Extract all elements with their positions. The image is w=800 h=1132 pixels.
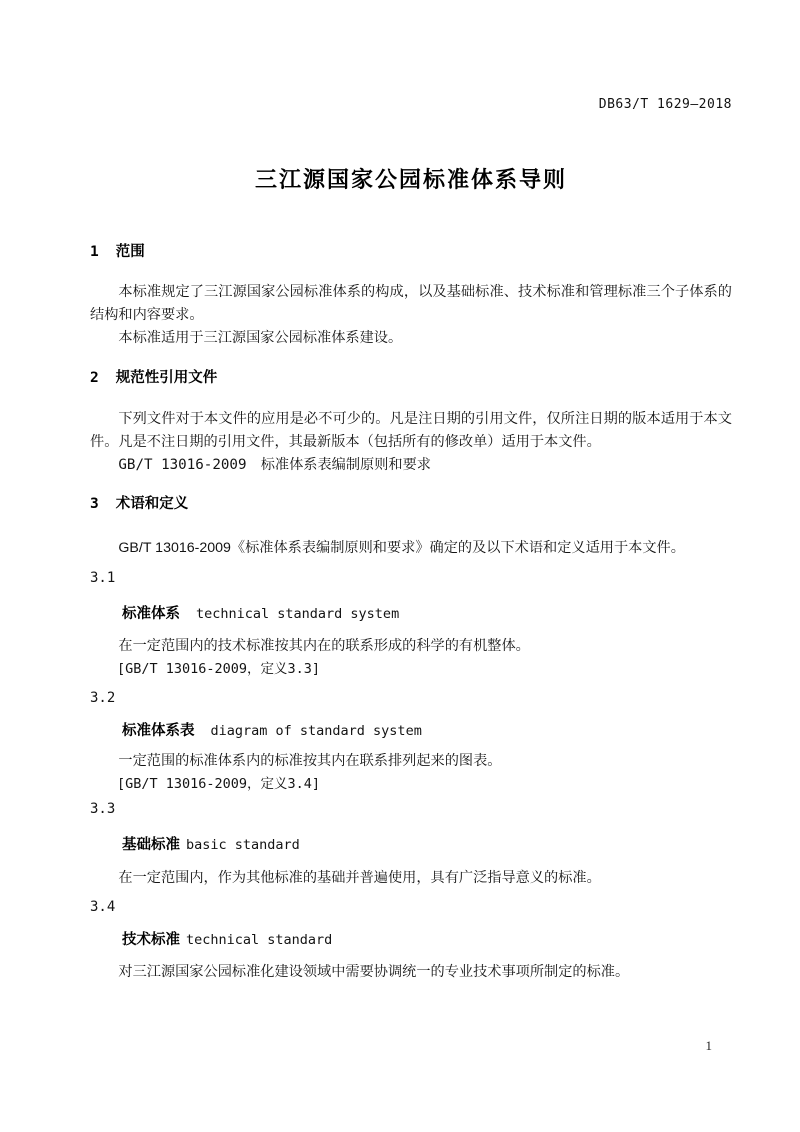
document-content: DB63/T 1629—2018 三江源国家公园标准体系导则 1 范围 本标准规…: [0, 0, 800, 984]
standard-code: DB63/T 1629—2018: [90, 0, 732, 112]
term-3-4-en: technical standard: [186, 932, 332, 948]
term-3-1-en: technical standard system: [196, 606, 399, 622]
document-page: DB63/T 1629—2018 三江源国家公园标准体系导则 1 范围 本标准规…: [0, 0, 800, 1132]
term-3-2-id: 3.2: [90, 689, 732, 707]
term-3-3-definition: 在一定范围内，作为其他标准的基础并普遍使用，具有广泛指导意义的标准。: [90, 867, 732, 890]
section-2-paragraph: 下列文件对于本文件的应用是必不可少的。凡是注日期的引用文件，仅所注日期的版本适用…: [90, 408, 732, 454]
section-3-heading: 3 术语和定义: [90, 496, 732, 513]
section-1-heading: 1 范围: [90, 244, 732, 261]
term-3-4-title: 技术标准technical standard: [90, 930, 732, 950]
section-2-heading: 2 规范性引用文件: [90, 370, 732, 387]
section-1-label: 范围: [116, 244, 145, 260]
term-3-4-id: 3.4: [90, 898, 732, 916]
section-2-label: 规范性引用文件: [116, 370, 218, 386]
term-3-4-zh: 技术标准: [122, 932, 180, 948]
term-3-2-title: 标准体系表diagram of standard system: [90, 721, 732, 741]
section-3-label: 术语和定义: [116, 496, 189, 512]
section-1-paragraph: 本标准适用于三江源国家公园标准体系建设。: [90, 327, 732, 350]
page-number: 1: [706, 1038, 713, 1054]
section-1-paragraph: 本标准规定了三江源国家公园标准体系的构成，以及基础标准、技术标准和管理标准三个子…: [90, 281, 732, 327]
normative-reference: GB/T 13016-2009 标准体系表编制原则和要求: [90, 454, 732, 477]
term-3-1-definition: 在一定范围内的技术标准按其内在的联系形成的科学的有机整体。: [90, 635, 732, 658]
term-3-3-id: 3.3: [90, 800, 732, 818]
term-3-1-zh: 标准体系: [122, 606, 180, 622]
section-3-paragraph: GB/T 13016-2009《标准体系表编制原则和要求》确定的及以下术语和定义…: [90, 537, 732, 560]
term-3-2-source: [GB/T 13016-2009，定义3.4]: [90, 773, 732, 796]
term-3-4-definition: 对三江源国家公园标准化建设领域中需要协调统一的专业技术事项所制定的标准。: [90, 961, 732, 984]
document-title: 三江源国家公园标准体系导则: [90, 165, 732, 195]
term-3-3-en: basic standard: [186, 837, 300, 853]
term-3-3-zh: 基础标准: [122, 837, 180, 853]
term-3-3-title: 基础标准basic standard: [90, 835, 732, 855]
term-3-1-title: 标准体系technical standard system: [90, 604, 732, 624]
term-3-2-definition: 一定范围的标准体系内的标准按其内在联系排列起来的图表。: [90, 750, 732, 773]
section-3-number: 3: [90, 496, 99, 512]
term-3-2-zh: 标准体系表: [122, 723, 195, 739]
section-1-number: 1: [90, 244, 99, 260]
term-3-2-en: diagram of standard system: [211, 723, 422, 739]
term-3-1-id: 3.1: [90, 569, 732, 587]
section-2-number: 2: [90, 370, 99, 386]
term-3-1-source: [GB/T 13016-2009，定义3.3]: [90, 658, 732, 681]
